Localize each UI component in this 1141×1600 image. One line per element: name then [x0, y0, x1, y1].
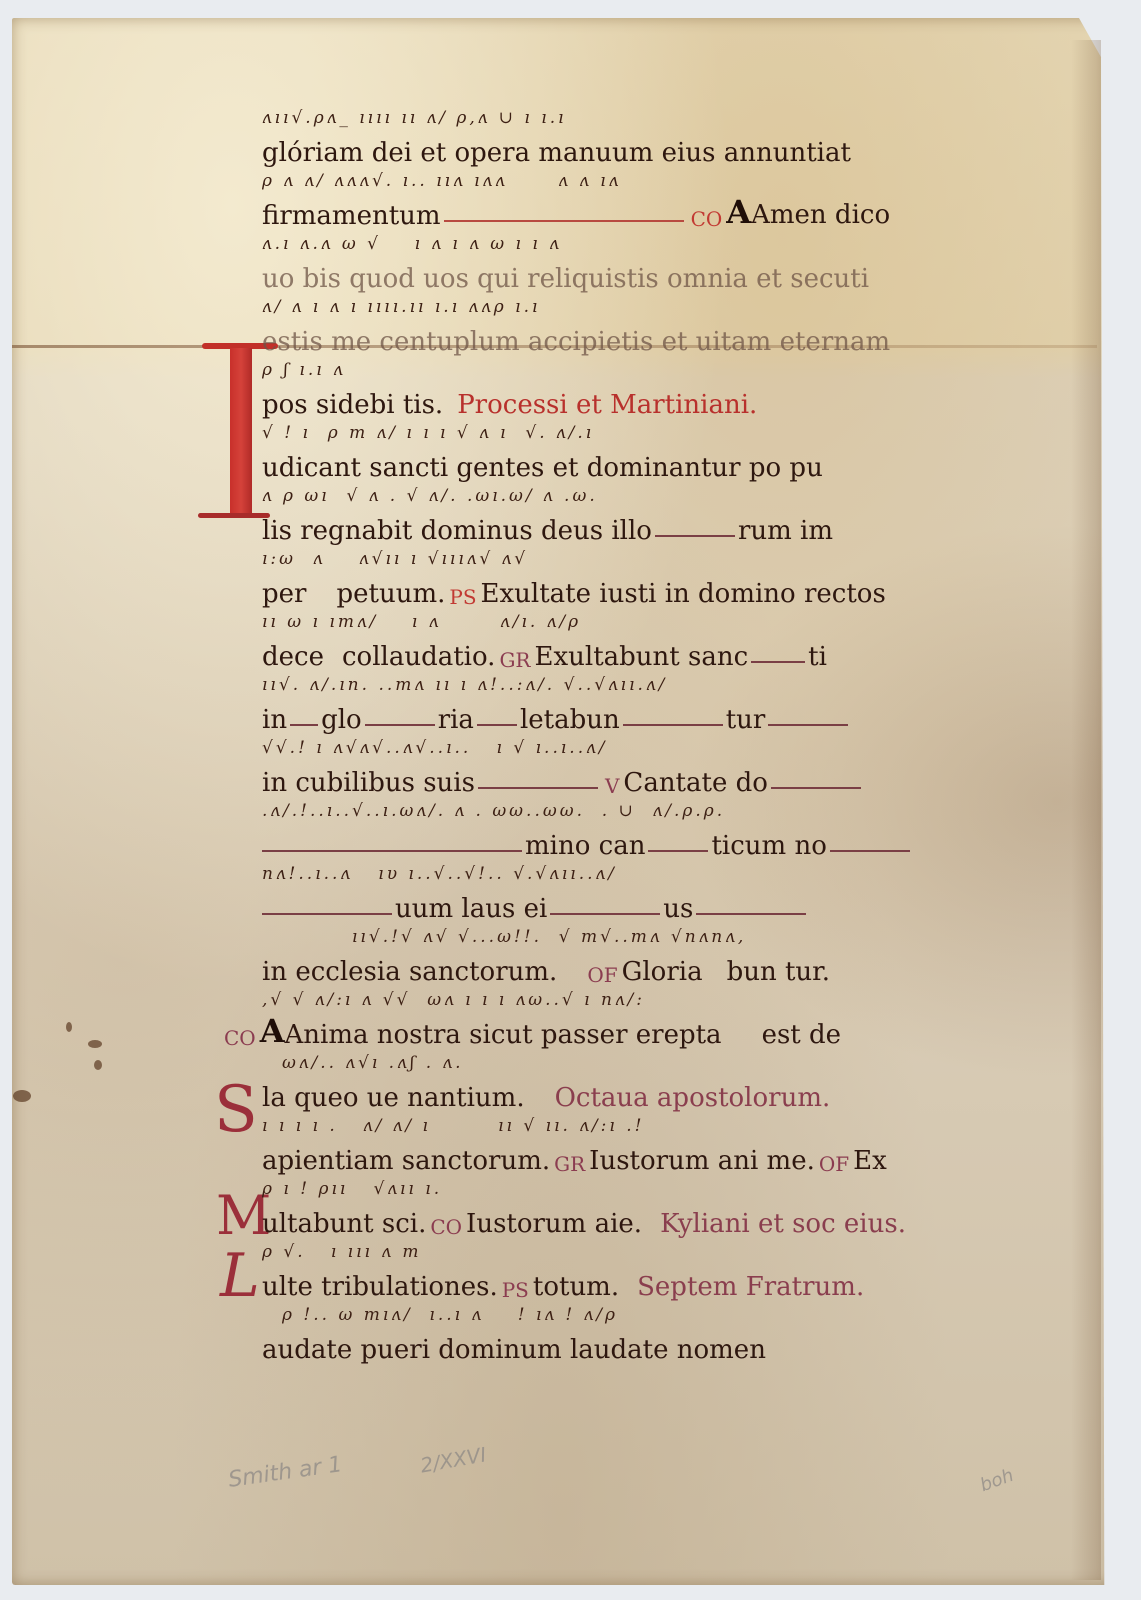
chant-text: ticum no — [711, 831, 826, 861]
melisma-line — [655, 535, 735, 537]
chant-text: estis me centuplum accipietis et uitam e… — [262, 327, 890, 357]
chant-text: totum. — [533, 1272, 619, 1302]
neume-row: √√.! ı ʌ√ʌ√..ʌ√..ı.. ı √ ı..ı..ʌ/ — [262, 738, 962, 764]
chant-text: Ex — [853, 1146, 887, 1176]
text-row: audate pueri dominum laudate nomen — [262, 1331, 982, 1365]
neume-row: ωʌ/.. ʌ√ı .ʌʃ . ʌ. — [282, 1053, 982, 1079]
melisma-line — [771, 787, 861, 789]
text-row: uum laus ei us — [262, 890, 982, 924]
melisma-line — [365, 724, 435, 726]
neume-row: ρ √. ı ııı ʌ m — [262, 1242, 962, 1268]
text-row: in ecclesia sanctorum. OF Gloria bun tur… — [262, 953, 982, 987]
melisma-line — [768, 724, 848, 726]
neume-row: ʌıı√.ρʌ_ ıııı ıı ʌ/ ρ,ʌ ∪ ı ı.ı — [262, 108, 962, 134]
ink-stain — [13, 1090, 31, 1102]
rubric-psalm-cue: PS — [502, 1278, 529, 1302]
rubric-gradual-cue: GR — [554, 1152, 585, 1176]
text-row: CO A Anima nostra sicut passer erepta es… — [220, 1016, 940, 1050]
chant-text: in — [262, 705, 287, 735]
melisma-line — [696, 913, 806, 915]
chant-text: lis regnabit dominus deus illo — [262, 516, 652, 546]
rubric-feast-title: Septem Fratrum. — [637, 1272, 864, 1302]
chant-text: ulte tribulationes. — [262, 1272, 498, 1302]
melisma-line — [477, 724, 517, 726]
rubric-verse-cue: V — [605, 774, 619, 798]
chant-text: est de — [762, 1020, 841, 1050]
chant-text: tur — [726, 705, 766, 735]
text-row: lis regnabit dominus deus illo rum im — [262, 512, 982, 546]
chant-line: ʌıı√.ρʌ_ ıııı ıı ʌ/ ρ,ʌ ∪ ı ı.ı glóriam … — [262, 108, 962, 171]
text-row: in cubilibus suis V Cantate do — [262, 764, 982, 798]
chant-line: ıı√.!√ ʌ√ √...ω!!. √ m√..mʌ √nʌnʌ, in ec… — [262, 927, 962, 990]
initial-S: S — [214, 1078, 258, 1142]
chant-text: Exultabunt sanc — [535, 642, 749, 672]
rubric-feast-title: Kyliani et soc eius. — [660, 1209, 906, 1239]
chant-text: apientiam sanctorum. — [262, 1146, 550, 1176]
chant-text: pos sidebi tis. — [262, 390, 443, 420]
text-row: ulte tribulationes. PS totum. Septem Fra… — [262, 1268, 982, 1302]
chant-text: ti — [808, 642, 827, 672]
rubric-offertory-cue: OF — [819, 1152, 849, 1176]
rubric-feast-title: Octaua apostolorum. — [555, 1083, 831, 1113]
chant-line: ρ ʃ ı.ı ʌ pos sidebi tis. Processi et Ma… — [262, 360, 962, 423]
rubric-gradual-cue: GR — [499, 648, 530, 672]
chant-line: ρ !.. ω mıʌ/ ı..ı ʌ ! ıʌ ! ʌ/ρ audate pu… — [262, 1305, 962, 1368]
melisma-line — [444, 220, 684, 222]
chant-line: ıı√. ʌ/.ın. ..mʌ ıı ı ʌ!..:ʌ/. √..√ʌıı.ʌ… — [262, 675, 962, 738]
chant-line: ı:ω ʌ ʌ√ıı ı √ıııʌ√ ʌ√ per petuum. PS Ex… — [262, 549, 962, 612]
text-row: estis me centuplum accipietis et uitam e… — [262, 323, 982, 357]
chant-text: Gloria — [622, 957, 703, 987]
chant-text: uo bis quod uos qui reliquistis omnia et… — [262, 264, 869, 294]
chant-line: ρ ʌ ʌ/ ʌʌʌ√. ı.. ııʌ ıʌʌ ʌ ʌ ıʌ firmamen… — [262, 171, 962, 234]
neume-row: ρ !.. ω mıʌ/ ı..ı ʌ ! ıʌ ! ʌ/ρ — [282, 1305, 982, 1331]
rubric-feast-title: Processi et Martiniani. — [457, 390, 757, 420]
chant-text: A — [260, 1012, 285, 1050]
text-row: ultabunt sci. CO Iustorum aie. Kyliani e… — [262, 1205, 982, 1239]
neume-row: ρ ʃ ı.ı ʌ — [262, 360, 962, 386]
neume-row: nʌ!..ı..ʌ ıυ ı..√..√!.. √.√ʌıı..ʌ/ — [262, 864, 962, 890]
neume-row: ,√ √ ʌ/:ı ʌ √√ ωʌ ı ı ı ʌω..√ ı nʌ/: — [262, 990, 962, 1016]
melisma-line — [623, 724, 723, 726]
melisma-line — [830, 850, 910, 852]
melisma-line — [478, 787, 598, 789]
chant-text: us — [663, 894, 693, 924]
chant-line: .ʌ/.!..ı..√..ı.ωʌ/. ʌ . ωω..ωω. . ∪ ʌ/.ρ… — [262, 801, 962, 864]
melisma-line — [751, 661, 805, 663]
neume-row: ʌ ρ ωı √ ʌ . √ ʌ/. .ωı.ω/ ʌ .ω. — [262, 486, 962, 512]
chant-line: √√.! ı ʌ√ʌ√..ʌ√..ı.. ı √ ı..ı..ʌ/ in cub… — [262, 738, 962, 801]
melisma-line — [262, 913, 392, 915]
chant-line: ρ √. ı ııı ʌ m ulte tribulationes. PS to… — [262, 1242, 962, 1305]
chant-text: dece — [262, 642, 324, 672]
melisma-line — [550, 913, 660, 915]
chant-text: uum laus ei — [395, 894, 547, 924]
chant-line: √ ! ı ρ m ʌ/ ı ı ı √ ʌ ı √. ʌ/.ı udicant… — [262, 423, 962, 486]
chant-text: rum im — [738, 516, 833, 546]
chant-text-block: ʌıı√.ρʌ_ ıııı ıı ʌ/ ρ,ʌ ∪ ı ı.ı glóriam … — [262, 108, 962, 1368]
text-row: firmamentum CO AAmen dico — [262, 197, 982, 231]
chant-line: ,√ √ ʌ/:ı ʌ √√ ωʌ ı ı ı ʌω..√ ı nʌ/: CO … — [262, 990, 962, 1053]
text-row: glóriam dei et opera manuum eius annunti… — [262, 134, 982, 168]
initial-L: L — [220, 1244, 260, 1308]
edge-discoloration — [1071, 40, 1101, 1580]
text-row: uo bis quod uos qui reliquistis omnia et… — [262, 260, 982, 294]
neume-row: ı:ω ʌ ʌ√ıı ı √ıııʌ√ ʌ√ — [262, 549, 962, 575]
chant-text: Iustorum aie. — [466, 1209, 642, 1239]
chant-text: audate pueri dominum laudate nomen — [262, 1335, 766, 1365]
chant-text: petuum. — [336, 579, 445, 609]
chant-text: collaudatio. — [342, 642, 495, 672]
chant-line: ıı ω ı ımʌ/ ı ʌ ʌ/ı. ʌ/ρ dece collaudati… — [262, 612, 962, 675]
chant-text: bun tur. — [727, 957, 830, 987]
chant-text: Exultate iusti in domino rectos — [481, 579, 886, 609]
neume-row: ρ ı ! ρıı √ʌıı ı. — [262, 1179, 962, 1205]
chant-line: ʌ/ ʌ ı ʌ ı ıııı.ıı ı.ı ʌʌρ ı.ı estis me … — [262, 297, 962, 360]
chant-line: ρ ı ! ρıı √ʌıı ı. ultabunt sci. CO Iusto… — [262, 1179, 962, 1242]
neume-row: ʌ.ı ʌ.ʌ ω √ ı ʌ ı ʌ ω ı ı ʌ — [262, 234, 962, 260]
chant-text: per — [262, 579, 306, 609]
text-row: dece collaudatio. GR Exultabunt sanc ti — [262, 638, 982, 672]
rubric-communion-cue: CO — [430, 1215, 462, 1239]
chant-line: ʌ ρ ωı √ ʌ . √ ʌ/. .ωı.ω/ ʌ .ω. lis regn… — [262, 486, 962, 549]
text-row: in glo ria letabun tur — [262, 701, 982, 735]
chant-text: ultabunt sci. — [262, 1209, 426, 1239]
chant-text: letabun — [520, 705, 620, 735]
ink-stain — [66, 1022, 72, 1032]
chant-text: in ecclesia sanctorum. — [262, 957, 557, 987]
melisma-line — [648, 850, 708, 852]
chant-line: ʌ.ı ʌ.ʌ ω √ ı ʌ ı ʌ ω ı ı ʌ uo bis quod … — [262, 234, 962, 297]
text-row: apientiam sanctorum. GR Iustorum ani me.… — [242, 1142, 962, 1176]
chant-line: ωʌ/.. ʌ√ı .ʌʃ . ʌ. la queo ue nantium. O… — [262, 1053, 962, 1116]
rubric-communion-cue: CO — [691, 207, 723, 231]
chant-text: glóriam dei et opera manuum eius annunti… — [262, 138, 851, 168]
chant-text: firmamentum — [262, 201, 441, 231]
chant-text: Anima nostra sicut passer erepta — [285, 1020, 722, 1050]
chant-text: AAmen dico — [726, 193, 890, 231]
chant-text: Iustorum ani me. — [589, 1146, 815, 1176]
chant-line: nʌ!..ı..ʌ ıυ ı..√..√!.. √.√ʌıı..ʌ/ uum l… — [262, 864, 962, 927]
chant-text: glo — [321, 705, 362, 735]
text-row: la queo ue nantium. Octaua apostolorum. — [262, 1079, 982, 1113]
ink-stain — [94, 1060, 102, 1070]
text-row: udicant sancti gentes et dominantur po p… — [262, 449, 982, 483]
neume-row: √ ! ı ρ m ʌ/ ı ı ı √ ʌ ı √. ʌ/.ı — [262, 423, 962, 449]
ink-stain — [88, 1040, 102, 1048]
neume-row: ʌ/ ʌ ı ʌ ı ıııı.ıı ı.ı ʌʌρ ı.ı — [262, 297, 962, 323]
neume-row: ıı ω ı ımʌ/ ı ʌ ʌ/ı. ʌ/ρ — [262, 612, 962, 638]
chant-text: in cubilibus suis — [262, 768, 475, 798]
rubric-psalm-cue: PS — [449, 585, 476, 609]
neume-row: ıı√. ʌ/.ın. ..mʌ ıı ı ʌ!..:ʌ/. √..√ʌıı.ʌ… — [262, 675, 962, 701]
chant-text: udicant sancti gentes et dominantur po p… — [262, 453, 823, 483]
rubric-communion-cue: CO — [224, 1026, 256, 1050]
neume-row: ıı√.!√ ʌ√ √...ω!!. √ m√..mʌ √nʌnʌ, — [352, 927, 1052, 953]
text-row: per petuum. PS Exultate iusti in domino … — [262, 575, 982, 609]
text-row: pos sidebi tis. Processi et Martiniani. — [262, 386, 982, 420]
neume-row: ı ı ı ı . ʌ/ ʌ/ ı ıı √ ıı. ʌ/:ı .! — [262, 1116, 962, 1142]
melisma-line — [290, 724, 318, 726]
chant-text: mino can — [525, 831, 645, 861]
rubric-offertory-cue: OF — [587, 963, 617, 987]
chant-line: ı ı ı ı . ʌ/ ʌ/ ı ıı √ ıı. ʌ/:ı .! apien… — [262, 1116, 962, 1179]
text-row: mino can ticum no — [262, 827, 982, 861]
chant-text: ria — [438, 705, 474, 735]
melisma-line — [262, 850, 522, 852]
neume-row: .ʌ/.!..ı..√..ı.ωʌ/. ʌ . ωω..ωω. . ∪ ʌ/.ρ… — [262, 801, 962, 827]
chant-text: Cantate do — [623, 768, 768, 798]
chant-text: la queo ue nantium. — [262, 1083, 525, 1113]
